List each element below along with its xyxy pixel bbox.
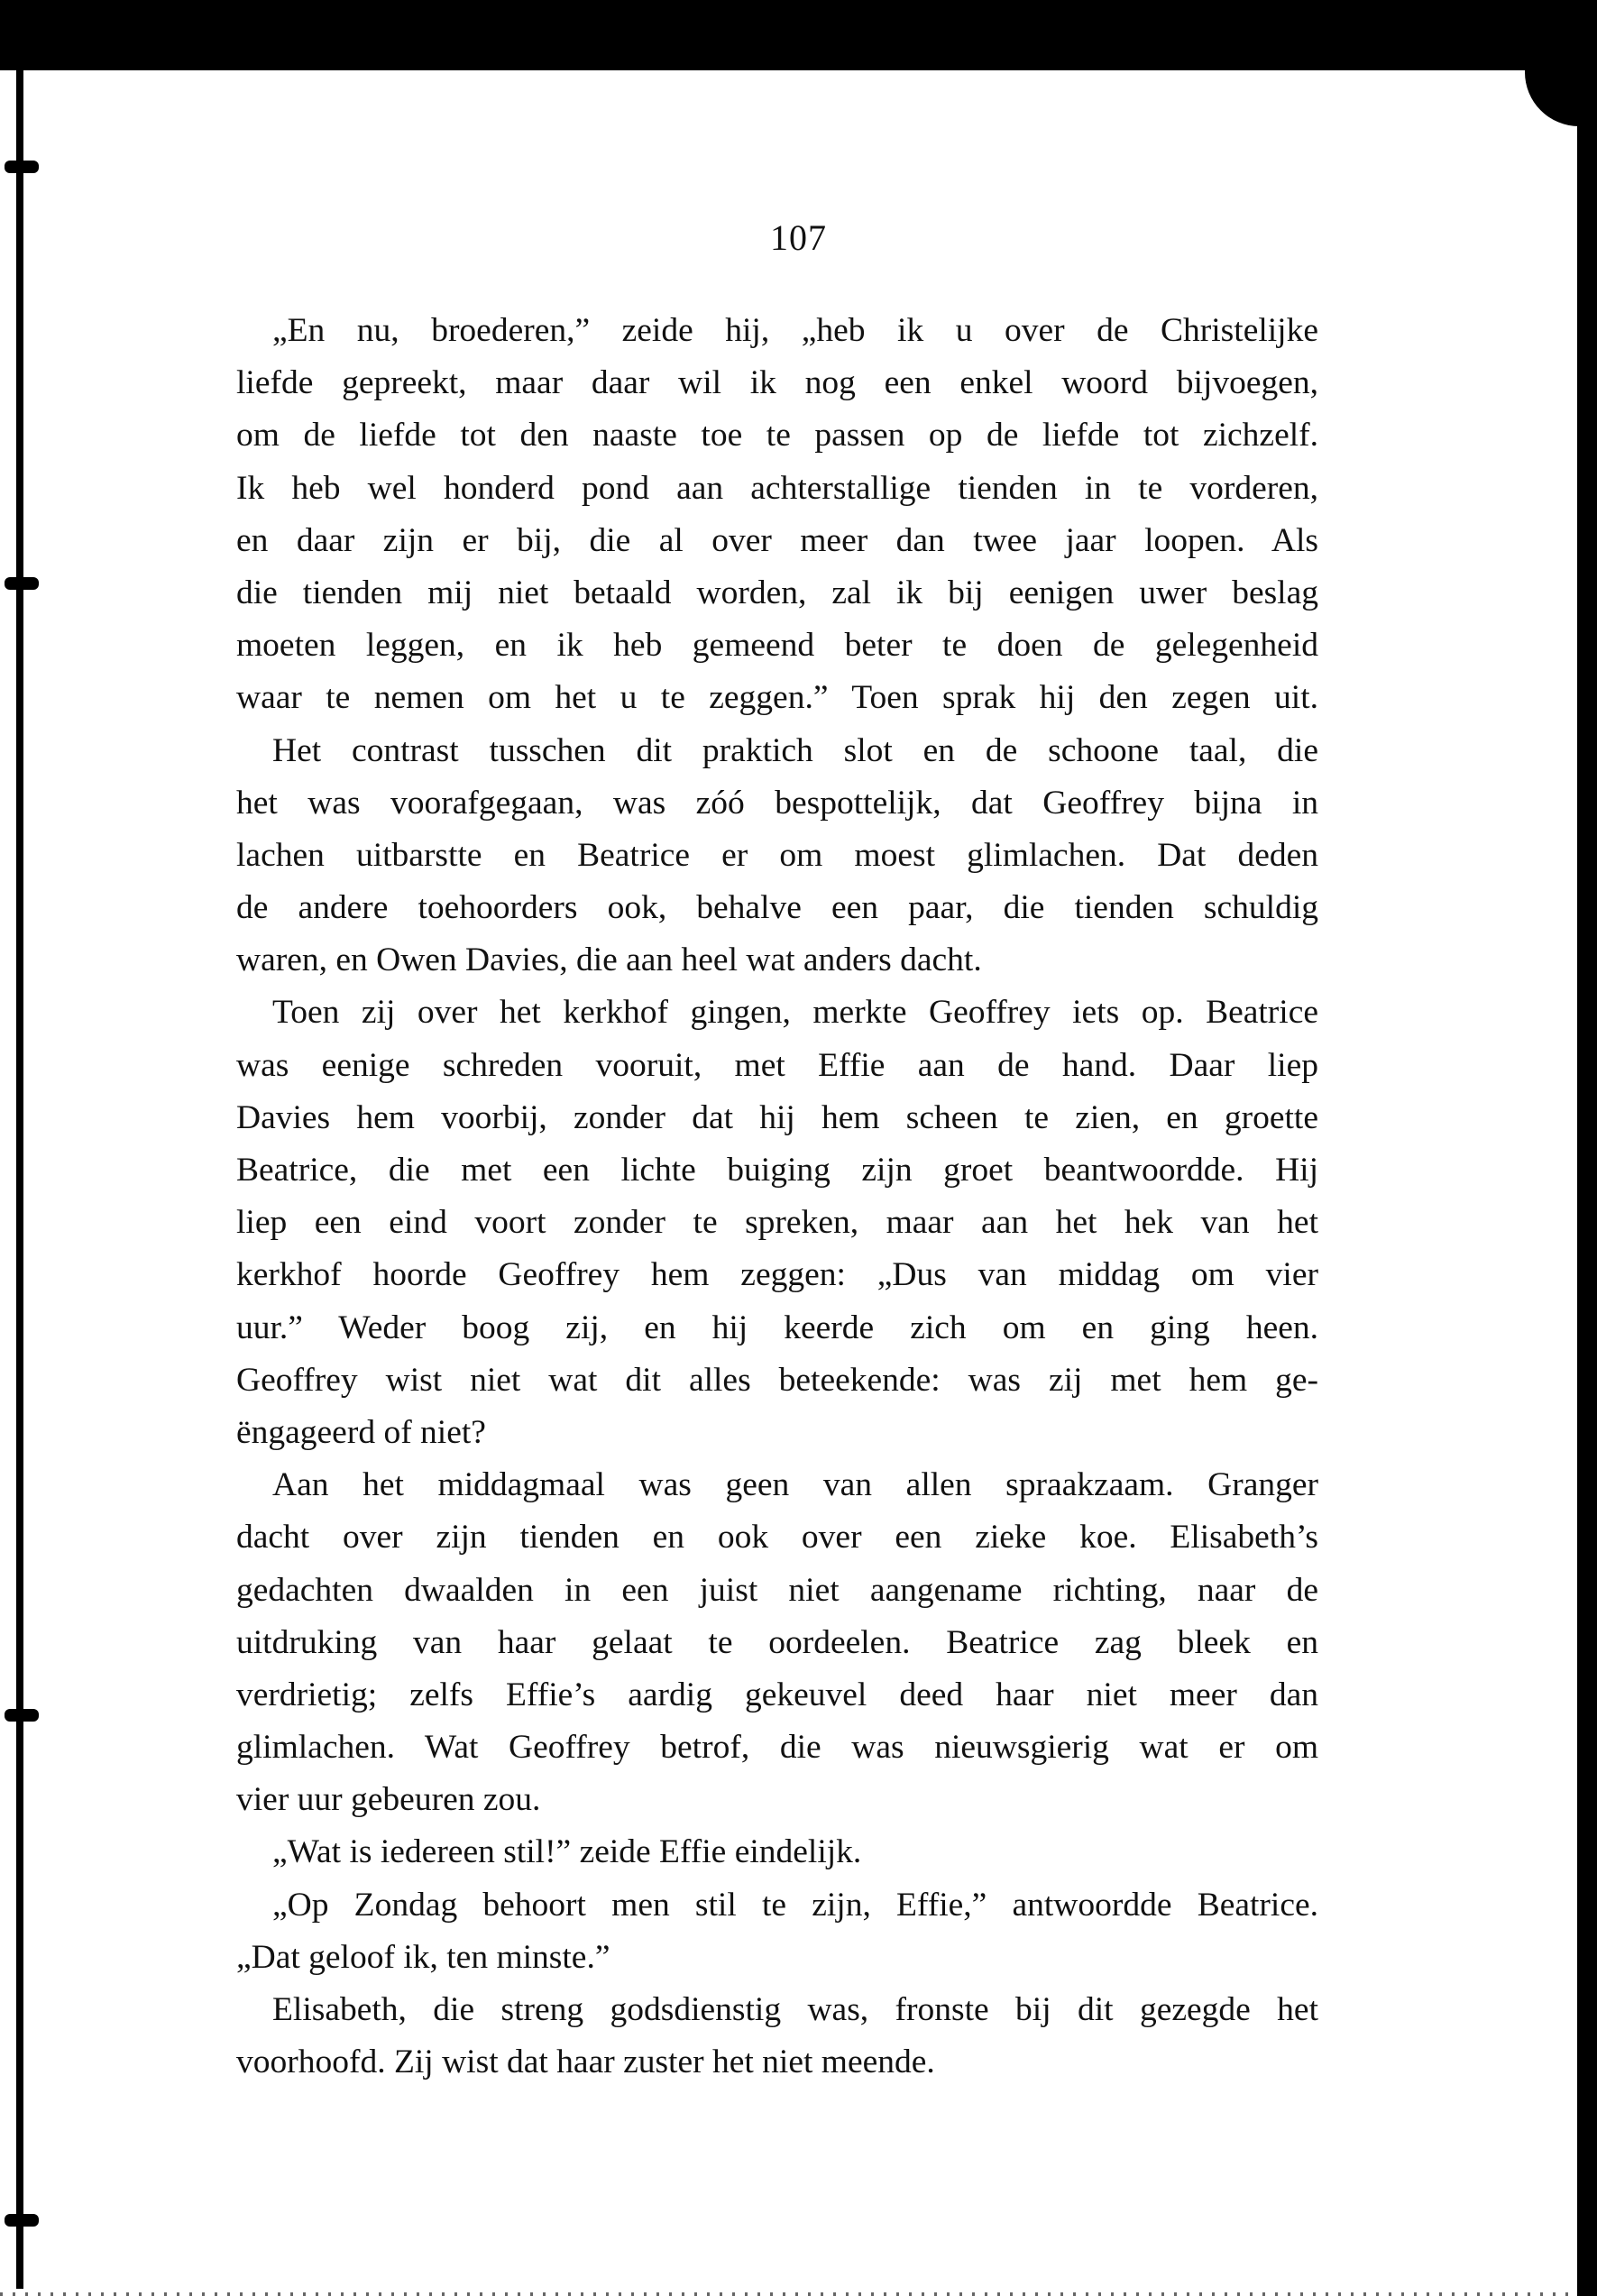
text-line: was eenige schreden vooruit, met Effie a…: [236, 1040, 1318, 1092]
text-line: vier uur gebeuren zou.: [236, 1774, 1318, 1826]
text-line: om de liefde tot den naaste toe te passe…: [236, 409, 1318, 462]
text-line: Davies hem voorbij, zonder dat hij hem s…: [236, 1092, 1318, 1144]
text-line: „En nu, broederen,” zeide hij, „heb ik u…: [236, 305, 1318, 357]
scan-border-bottom: [0, 2292, 1597, 2296]
text-line: Het contrast tusschen dit praktich slot …: [236, 725, 1318, 777]
text-line: gedachten dwaalden in een juist niet aan…: [236, 1565, 1318, 1617]
scan-mark-left: [5, 1709, 39, 1722]
text-line: verdrietig; zelfs Effie’s aardig gekeuve…: [236, 1669, 1318, 1722]
text-line: waar te nemen om het u te zeggen.” Toen …: [236, 672, 1318, 724]
text-line: uitdruking van haar gelaat te oordeelen.…: [236, 1617, 1318, 1669]
text-line: „Wat is iedereen stil!” zeide Effie eind…: [236, 1826, 1318, 1878]
text-line: moeten leggen, en ik heb gemeend beter t…: [236, 620, 1318, 672]
text-line: voorhoofd. Zij wist dat haar zuster het …: [236, 2036, 1318, 2089]
scan-border-right: [1577, 54, 1597, 2296]
scan-mark-left: [5, 577, 39, 590]
text-line: Toen zij over het kerkhof gingen, merkte…: [236, 987, 1318, 1039]
scan-mark-left: [5, 2214, 39, 2227]
text-line: Geoffrey wist niet wat dit alles beteeke…: [236, 1355, 1318, 1407]
text-line: liep een eind voort zonder te spreken, m…: [236, 1197, 1318, 1249]
text-line: liefde gepreekt, maar daar wil ik nog ee…: [236, 357, 1318, 409]
text-line: en daar zijn er bij, die al over meer da…: [236, 515, 1318, 567]
page-number: 107: [0, 216, 1597, 259]
text-line: het was voorafgegaan, was zóó bespotteli…: [236, 777, 1318, 830]
text-line: kerkhof hoorde Geoffrey hem zeggen: „Dus…: [236, 1249, 1318, 1301]
text-line: Ik heb wel honderd pond aan achterstalli…: [236, 463, 1318, 515]
text-line: de andere toehoorders ook, behalve een p…: [236, 882, 1318, 934]
text-line: Elisabeth, die streng godsdienstig was, …: [236, 1984, 1318, 2036]
text-line: ëngageerd of niet?: [236, 1407, 1318, 1459]
text-line: lachen uitbarstte en Beatrice er om moes…: [236, 830, 1318, 882]
scan-border-top: [0, 0, 1597, 70]
scan-mark-left: [5, 161, 39, 173]
text-line: waren, en Owen Davies, die aan heel wat …: [236, 934, 1318, 987]
text-line: „Op Zondag behoort men stil te zijn, Eff…: [236, 1879, 1318, 1932]
text-line: Aan het middagmaal was geen van allen sp…: [236, 1459, 1318, 1511]
body-text: „En nu, broederen,” zeide hij, „heb ik u…: [236, 305, 1318, 2089]
text-line: die tienden mij niet betaald worden, zal…: [236, 567, 1318, 620]
text-line: „Dat geloof ik, ten minste.”: [236, 1932, 1318, 1984]
text-line: dacht over zijn tienden en ook over een …: [236, 1511, 1318, 1564]
scan-binding-line-left: [16, 70, 23, 2289]
text-line: Beatrice, die met een lichte buiging zij…: [236, 1144, 1318, 1197]
text-line: glimlachen. Wat Geoffrey betrof, die was…: [236, 1722, 1318, 1774]
text-line: uur.” Weder boog zij, en hij keerde zich…: [236, 1302, 1318, 1355]
